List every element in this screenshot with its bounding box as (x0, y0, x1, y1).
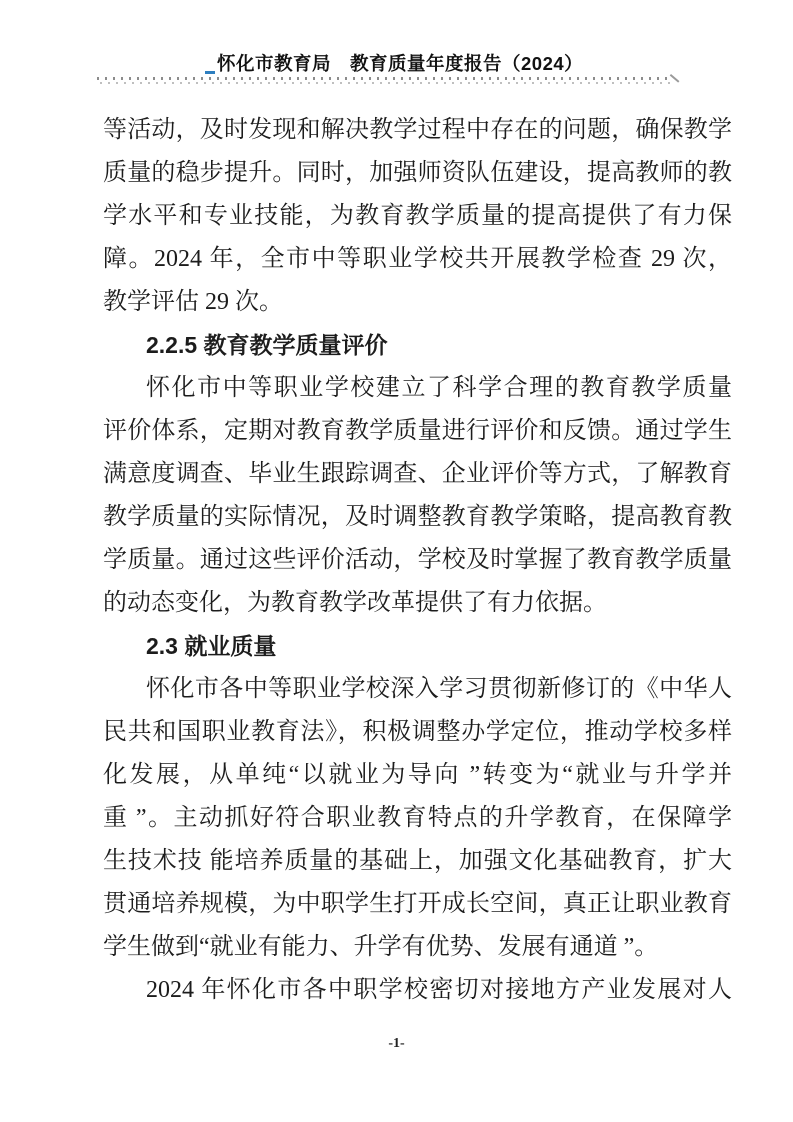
body-text-line: 教学评估 29 次。 (103, 281, 732, 324)
body-text-line: 2024 年怀化市各中职学校密切对接地方产业发展对人 (103, 969, 732, 1012)
document-page: 怀化市教育局 教育质量年度报告（2024） 等活动，及时发现和解决教学过程中存在… (0, 0, 793, 1122)
body-text-line: 等活动，及时发现和解决教学过程中存在的问题，确保教学 (103, 109, 732, 152)
body-text-line: 满意度调查、毕业生跟踪调查、企业评价等方式，了解教育 (103, 453, 732, 496)
body-text-line: 障。2024 年，全市中等职业学校共开展教学检查 29 次， (103, 238, 732, 281)
page-header-title: 怀化市教育局 教育质量年度报告（2024） (217, 50, 583, 76)
body-text-line: 学质量。通过这些评价活动，学校及时掌握了教育教学质量 (103, 539, 732, 582)
document-body: 等活动，及时发现和解决教学过程中存在的问题，确保教学质量的稳步提升。同时，加强师… (103, 109, 732, 1012)
body-text-line: 化发展，从单纯“以就业为导向 ”转变为“就业与升学并 (103, 754, 732, 797)
page-footer: -1- (0, 1036, 793, 1052)
section-heading: 2.3 就业质量 (103, 625, 732, 668)
body-text-line: 怀化市各中等职业学校深入学习贯彻新修订的《中华人 (103, 668, 732, 711)
body-text-line: 贯通培养规模，为中职学生打开成长空间，真正让职业教育 (103, 883, 732, 926)
body-text-line: 重 ”。主动抓好符合职业教育特点的升学教育，在保障学 (103, 797, 732, 840)
header-dotted-divider (97, 77, 673, 86)
body-text-line: 评价体系，定期对教育教学质量进行评价和反馈。通过学生 (103, 410, 732, 453)
proofing-underline-mark (205, 71, 215, 74)
body-text-line: 质量的稳步提升。同时，加强师资队伍建设，提高教师的教 (103, 152, 732, 195)
body-text-line: 民共和国职业教育法》，积极调整办学定位，推动学校多样 (103, 711, 732, 754)
body-text-line: 学生做到“就业有能力、升学有优势、发展有通道 ”。 (103, 926, 732, 969)
body-text-line: 生技术技 能培养质量的基础上，加强文化基础教育，扩大 (103, 840, 732, 883)
body-text-line: 学水平和专业技能，为教育教学质量的提高提供了有力保 (103, 195, 732, 238)
body-text-line: 怀化市中等职业学校建立了科学合理的教育教学质量 (103, 367, 732, 410)
body-text-line: 的动态变化，为教育教学改革提供了有力依据。 (103, 582, 732, 625)
section-heading: 2.2.5 教育教学质量评价 (103, 324, 732, 367)
body-text-line: 教学质量的实际情况，及时调整教育教学策略，提高教育教 (103, 496, 732, 539)
page-number: -1- (388, 1036, 404, 1051)
